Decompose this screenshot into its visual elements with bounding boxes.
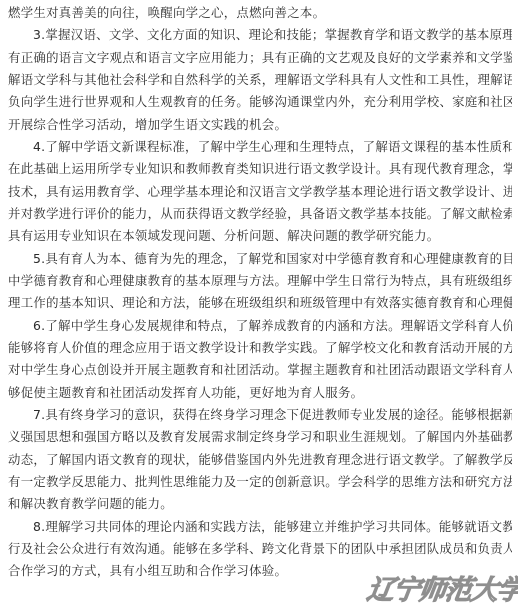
text-line: 有正确的语言文字观点和语言文字应用能力；具有正确的文艺观及良好的文学素养和文学鉴…	[8, 50, 512, 66]
text-line: 开展综合性学习活动，增加学生语文实践的机会。	[8, 117, 512, 133]
text-line: 燃学生对真善美的向往，唤醒向学之心，点燃向善之本。	[8, 5, 512, 21]
text-line: 4.了解中学语文新课程标准，了解中学生心理和生理特点，了解语文课程的基本性质和地…	[33, 139, 512, 155]
text-line: 3.掌握汉语、文学、文化方面的知识、理论和技能；掌握教育学和语文教学的基本原理和…	[33, 27, 512, 43]
text-line: 理工作的基本知识、理论和方法，能够在班级组织和班级管理中有效落实德育教育和心理健…	[8, 295, 512, 311]
text-line: 8.理解学习共同体的理论内涵和实践方法，能够建立并维护学习共同体。能够就语文教育…	[33, 519, 512, 535]
text-line: 对中学生身心点创设并开展主题教育和社团活动。掌握主题教育和社团活动跟语文学科育人…	[8, 362, 512, 378]
text-line: 能够将育人价值的理念应用于语文教学设计和教学实践。了解学校文化和教育活动开展的方…	[8, 340, 512, 356]
text-line: 行及社会公众进行有效沟通。能够在多学科、跨文化背景下的团队中承担团队成员和负责人…	[8, 541, 512, 557]
text-line: 解语文学科与其他社会科学和自然科学的关系，理解语文学科具有人文性和工具性，理解语…	[8, 72, 512, 88]
text-line: 中学德育教育和心理健康教育的基本原理与方法。理解中学生日常行为特点，具有班级组织…	[8, 273, 512, 289]
document-page: 燃学生对真善美的向往，唤醒向学之心，点燃向善之本。 3.掌握汉语、文学、文化方面…	[0, 0, 518, 613]
text-line: 在此基础上运用所学专业知识和教师教育类知识进行语文教学设计。具有现代教育理念，掌…	[8, 161, 512, 177]
text-line: 6.了解中学生身心发展规律和特点，了解养成教育的内涵和方法。理解语文学科育人价值…	[33, 318, 512, 334]
text-line: 负向学生进行世界观和人生观教育的任务。能够沟通课堂内外，充分利用学校、家庭和社区…	[8, 94, 512, 110]
university-watermark: 辽宁师范大学	[365, 575, 518, 607]
text-line: 技术，具有运用教育学、心理学基本理论和汉语言文学教学基本理论进行语文教学设计、进…	[8, 184, 512, 200]
text-line: 动态，了解国内语文教育的现状，能够借鉴国内外先进教育理念进行语文教学。了解教学反…	[8, 452, 512, 468]
text-line: 够促使主题教育和社团活动发挥育人功能，更好地为育人服务。	[8, 385, 512, 401]
text-line: 7.具有终身学习的意识，获得在终身学习理念下促进教师专业发展的途径。能够根据新时…	[33, 407, 512, 423]
text-line: 并对教学进行评价的能力，从而获得语文教学经验，具备语文教学基本技能。了解文献检索…	[8, 206, 512, 222]
text-line: 义强国思想和强国方略以及教育发展需求制定终身学习和职业生涯规划。了解国内外基础教…	[8, 429, 512, 445]
text-line: 具有运用专业知识在本领域发现问题、分析问题、解决问题的教学研究能力。	[8, 228, 512, 244]
text-line: 5.具有育人为本、德育为先的理念，了解党和国家对中学德育教育和心理健康教育的目标…	[33, 251, 512, 267]
text-line: 和解决教育教学问题的能力。	[8, 496, 512, 512]
text-line: 有一定教学反思能力、批判性思维能力及一定的创新意识。学会科学的思维方法和研究方法…	[8, 474, 512, 490]
